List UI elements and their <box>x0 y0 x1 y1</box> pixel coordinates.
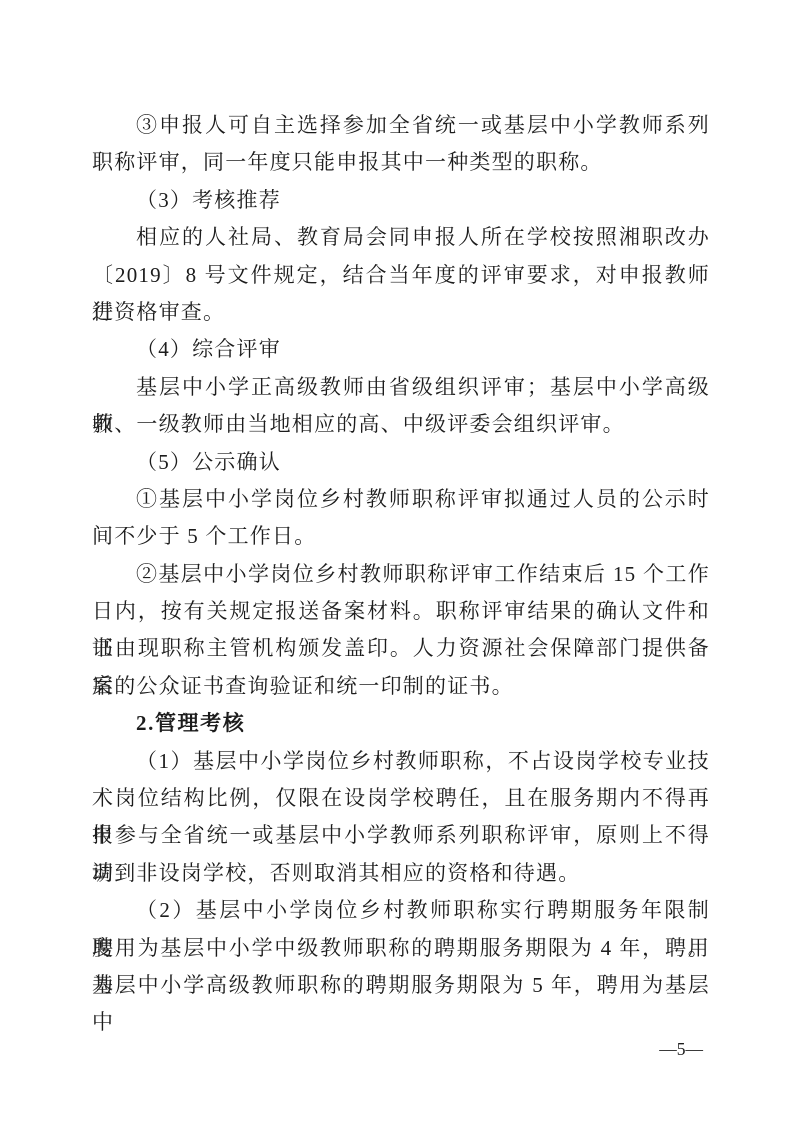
document-page: ③申报人可自主选择参加全省统一或基层中小学教师系列 职称评审，同一年度只能申报其… <box>0 0 793 1122</box>
text-line: 后的公众证书查询验证和统一印制的证书。 <box>92 668 710 705</box>
text-line: ②基层中小学岗位乡村教师职称评审工作结束后 15 个工作 <box>92 556 710 593</box>
heading-comprehensive-review: （4）综合评审 <box>92 331 710 368</box>
text-line: 日内，按有关规定报送备案材料。职称评审结果的确认文件和证 <box>92 593 710 630</box>
heading-publicity-confirmation: （5）公示确认 <box>92 444 710 481</box>
text-line: ③申报人可自主选择参加全省统一或基层中小学教师系列 <box>92 107 710 144</box>
text-line: 报参与全省统一或基层中小学教师系列职称评审，原则上不得调 <box>92 817 710 854</box>
text-line: 行资格审查。 <box>92 294 710 331</box>
text-line: （1）基层中小学岗位乡村教师职称，不占设岗学校专业技 <box>92 743 710 780</box>
document-body: ③申报人可自主选择参加全省统一或基层中小学教师系列 职称评审，同一年度只能申报其… <box>92 107 710 1004</box>
text-line: 师、一级教师由当地相应的高、中级评委会组织评审。 <box>92 406 710 443</box>
page-number: —5— <box>659 1039 703 1059</box>
text-line: 书由现职称主管机构颁发盖印。人力资源社会保障部门提供备案 <box>92 630 710 667</box>
text-line: （2）基层中小学岗位乡村教师职称实行聘期服务年限制度。 <box>92 892 710 929</box>
text-line: 职称评审，同一年度只能申报其中一种类型的职称。 <box>92 144 710 181</box>
text-line: ①基层中小学岗位乡村教师职称评审拟通过人员的公示时 <box>92 481 710 518</box>
heading-assessment-recommendation: （3）考核推荐 <box>92 182 710 219</box>
text-line: 基层中小学正高级教师由省级组织评审；基层中小学高级教 <box>92 369 710 406</box>
text-line: 术岗位结构比例，仅限在设岗学校聘任，且在服务期内不得再申 <box>92 780 710 817</box>
text-line: 〔2019〕8 号文件规定，结合当年度的评审要求，对申报教师进 <box>92 257 710 294</box>
text-line: 相应的人社局、教育局会同申报人所在学校按照湘职改办 <box>92 219 710 256</box>
text-line: 间不少于 5 个工作日。 <box>92 518 710 555</box>
text-line: 动到非设岗学校，否则取消其相应的资格和待遇。 <box>92 855 710 892</box>
text-line: 聘用为基层中小学中级教师职称的聘期服务期限为 4 年，聘用为 <box>92 930 710 967</box>
subsection-heading-management-assessment: 2.管理考核 <box>92 705 710 742</box>
text-line: 基层中小学高级教师职称的聘期服务期限为 5 年，聘用为基层中 <box>92 967 710 1004</box>
